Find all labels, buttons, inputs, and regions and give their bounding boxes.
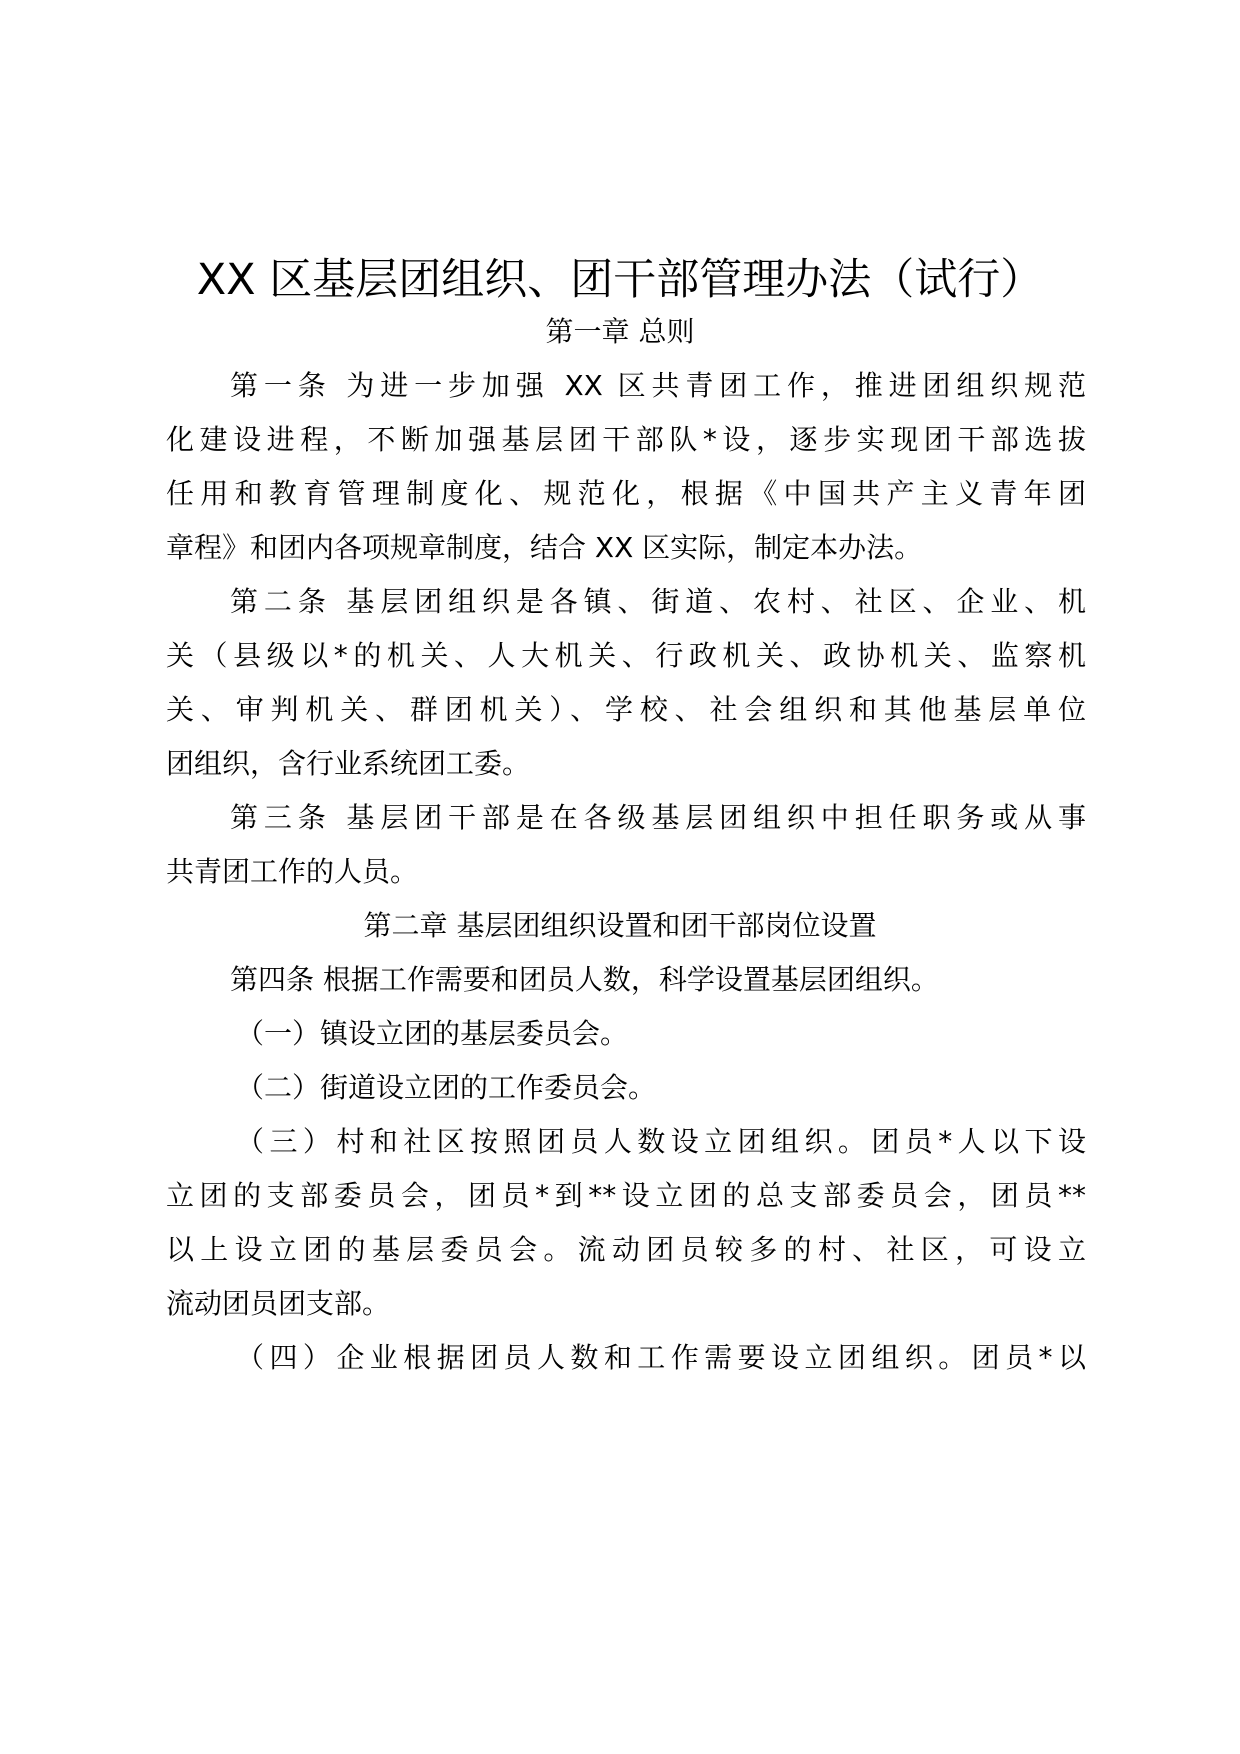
document-page: XX 区基层团组织、团干部管理办法（试行） 第一章 总则 第一条 为进一步加强 … (0, 0, 1240, 1754)
item-3-line-4: 流动团员团支部。 (166, 1284, 1086, 1324)
article-3-line-2: 共青团工作的人员。 (166, 852, 1086, 892)
item-3-line-2: 立团的支部委员会，团员*到**设立团的总支部委员会，团员** (166, 1176, 1086, 1216)
article-2-line-3: 关、审判机关、群团机关）、学校、社会组织和其他基层单位 (166, 690, 1086, 730)
article-4-line-1: 第四条 根据工作需要和团员人数，科学设置基层团组织。 (230, 960, 1086, 1000)
article-1-line-2: 化建设进程，不断加强基层团干部队*设，逐步实现团干部选拔 (166, 420, 1086, 460)
article-1-line-4: 章程》和团内各项规章制度，结合 XX 区实际，制定本办法。 (166, 528, 1086, 568)
document-title: XX 区基层团组织、团干部管理办法（试行） (0, 250, 1240, 310)
article-2-line-4: 团组织，含行业系统团工委。 (166, 744, 1086, 784)
chapter-heading-2: 第二章 基层团组织设置和团干部岗位设置 (0, 906, 1240, 946)
article-3-line-1: 第三条 基层团干部是在各级基层团组织中担任职务或从事 (230, 798, 1086, 838)
item-4-line-1: （四）企业根据团员人数和工作需要设立团组织。团员*以 (236, 1338, 1086, 1378)
item-2: （二）街道设立团的工作委员会。 (236, 1068, 1086, 1108)
item-3-line-3: 以上设立团的基层委员会。流动团员较多的村、社区，可设立 (166, 1230, 1086, 1270)
chapter-heading-1: 第一章 总则 (0, 312, 1240, 352)
article-1-line-3: 任用和教育管理制度化、规范化，根据《中国共产主义青年团 (166, 474, 1086, 514)
article-2-line-2: 关（县级以*的机关、人大机关、行政机关、政协机关、监察机 (166, 636, 1086, 676)
item-3-line-1: （三）村和社区按照团员人数设立团组织。团员*人以下设 (236, 1122, 1086, 1162)
article-2-line-1: 第二条 基层团组织是各镇、街道、农村、社区、企业、机 (230, 582, 1086, 622)
item-1: （一）镇设立团的基层委员会。 (236, 1014, 1086, 1054)
article-1-line-1: 第一条 为进一步加强 XX 区共青团工作，推进团组织规范 (230, 366, 1086, 406)
